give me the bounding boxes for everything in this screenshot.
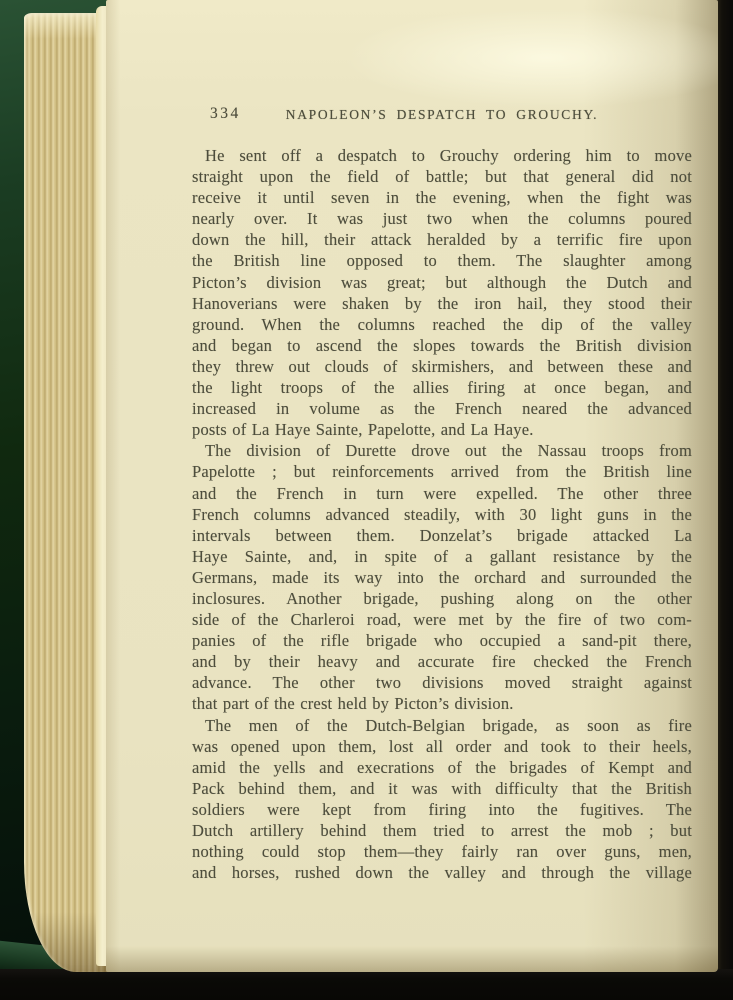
text-line: that part of the crest held by Picton’s … <box>192 693 692 714</box>
scan-border-bottom <box>0 969 733 1000</box>
text-line: He sent off a despatch to Grouchy orderi… <box>192 145 692 166</box>
text-line: side of the Charleroi road, were met by … <box>192 609 692 630</box>
text-line: panies of the rifle brigade who occupied… <box>192 630 692 651</box>
text-line: down the hill, their attack heralded by … <box>192 229 692 250</box>
text-line: advance. The other two divisions moved s… <box>192 672 692 693</box>
text-line: the light troops of the allies firing at… <box>192 377 692 398</box>
text-line: and by their heavy and accurate fire che… <box>192 651 692 672</box>
text-line: Picton’s division was great; but althoug… <box>192 272 692 293</box>
text-line: ground. When the columns reached the dip… <box>192 314 692 335</box>
text-line: amid the yells and execrations of the br… <box>192 757 692 778</box>
text-line: nearly over. It was just two when the co… <box>192 208 692 229</box>
text-line: and began to ascend the slopes towards t… <box>192 335 692 356</box>
text-line: the British line opposed to them. The sl… <box>192 250 692 271</box>
book-page: 334 NAPOLEON’S DESPATCH TO GROUCHY. He s… <box>106 0 718 972</box>
text-line: and horses, rushed down the valley and t… <box>192 862 692 883</box>
text-line: intervals between them. Donzelat’s briga… <box>192 525 692 546</box>
text-line: Germans, made its way into the orchard a… <box>192 567 692 588</box>
scan-border-right <box>716 0 733 1000</box>
text-line: soldiers were kept from firing into the … <box>192 799 692 820</box>
text-line: The men of the Dutch-Belgian brigade, as… <box>192 715 692 736</box>
text-line: posts of La Haye Sainte, Papelotte, and … <box>192 419 692 440</box>
text-line: was opened upon them, lost all order and… <box>192 736 692 757</box>
text-line: straight upon the field of battle; but t… <box>192 166 692 187</box>
text-line: French columns advanced steadily, with 3… <box>192 504 692 525</box>
text-line: Papelotte ; but reinforcements arrived f… <box>192 461 692 482</box>
text-line: they threw out clouds of skirmishers, an… <box>192 356 692 377</box>
text-line: increased in volume as the French neared… <box>192 398 692 419</box>
page-text: He sent off a despatch to Grouchy orderi… <box>192 145 692 883</box>
text-line: Dutch artillery behind them tried to arr… <box>192 820 692 841</box>
text-line: and the French in turn were expelled. Th… <box>192 483 692 504</box>
text-line: Pack behind them, and it was with diffic… <box>192 778 692 799</box>
running-header: NAPOLEON’S DESPATCH TO GROUCHY. <box>192 107 692 123</box>
text-line: Hanoverians were shaken by the iron hail… <box>192 293 692 314</box>
text-line: nothing could stop them—they fairly ran … <box>192 841 692 862</box>
text-line: inclosures. Another brigade, pushing alo… <box>192 588 692 609</box>
text-line: Haye Sainte, and, in spite of a gallant … <box>192 546 692 567</box>
text-line: receive it until seven in the evening, w… <box>192 187 692 208</box>
text-line: The division of Durette drove out the Na… <box>192 440 692 461</box>
